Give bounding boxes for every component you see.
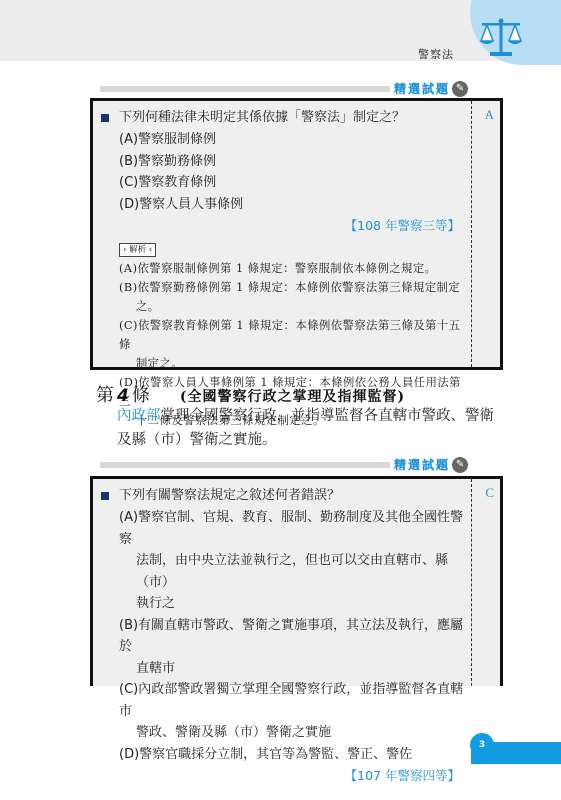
article-body: 內政部掌理全國警察行政，並指導監督各直轄市警政、警衛及縣（市）警衛之實施。 (117, 404, 507, 452)
section-tag-label: 精選試題 (394, 456, 450, 473)
option-b: (B)警察勤務條例 (99, 151, 464, 173)
tag-divider (100, 462, 390, 468)
answer-divider (471, 479, 472, 686)
question-text: 下列何種法律未明定其係依據「警察法」制定之？ (119, 107, 405, 129)
article-text: 掌理全國警察行政，並指導監督各直轄市警政、警衛及縣（市）警衛之實施。 (117, 408, 494, 448)
question-box-2: C 下列有關警察法規定之敘述何者錯誤？ (A)警察官制、官規、教育、服制、勤務制… (90, 476, 503, 686)
page-number: 3 (470, 733, 494, 757)
option-d: (D)警察人員人事條例 (99, 194, 464, 216)
option-b: (B)有關直轄市警政、警衛之實施事項，其立法及執行，應屬於 直轄市 (99, 615, 464, 680)
exam-source: 【108 年警察三等】 (99, 215, 464, 237)
option-c: (C)內政部警政署獨立掌理全國警察行政，並指導監督各直轄市 警政、警衛及縣（市）… (99, 679, 464, 744)
square-bullet-icon (101, 114, 109, 122)
section-tag-featured-questions-2: 精選試題 ✎ (100, 456, 468, 473)
question-box-1: A 下列何種法律未明定其係依據「警察法」制定之？ (A)警察服制條例 (B)警察… (90, 98, 503, 370)
question-text: 下列有關警察法規定之敘述何者錯誤？ (119, 485, 340, 507)
article-title: (全國警察行政之掌理及指揮監督) (180, 386, 405, 406)
pencil-icon: ✎ (452, 81, 468, 97)
section-tag-label: 精選試題 (394, 80, 450, 97)
option-c: (C)警察教育條例 (99, 172, 464, 194)
running-title: 警察法 (418, 46, 454, 62)
pencil-icon: ✎ (452, 457, 468, 473)
article-prefix: 第 (96, 381, 114, 407)
analysis-a: (A)依警察服制條例第 1 條規定：警察服制依本條例之規定。 (99, 259, 464, 278)
scale-of-justice-icon (478, 14, 524, 60)
section-tag-featured-questions: 精選試題 ✎ (100, 80, 468, 97)
article-highlight: 內政部 (117, 408, 161, 424)
answer-divider (471, 101, 472, 367)
answer-label: C (485, 485, 494, 501)
option-d: (D)警察官職採分立制，其官等為警監、警正、警佐 (99, 744, 464, 766)
tag-divider (100, 86, 390, 92)
article-number: 4 (117, 386, 129, 406)
answer-label: A (485, 107, 494, 123)
analysis-b: (B)依警察勤務條例第 1 條規定：本條例依警察法第三條規定制定 之。 (99, 278, 464, 316)
question-stem: 下列何種法律未明定其係依據「警察法」制定之？ (99, 107, 464, 129)
option-a: (A)警察官制、官規、教育、服制、勤務制度及其他全國性警察 法制，由中央立法並執… (99, 507, 464, 615)
analysis-c: (C)依警察教育條例第 1 條規定：本條例依警察法第三條及第十五條 制定之。 (99, 316, 464, 373)
option-a: (A)警察服制條例 (99, 129, 464, 151)
exam-source: 【107 年警察四等】 (99, 765, 464, 787)
question-stem: 下列有關警察法規定之敘述何者錯誤？ (99, 485, 464, 507)
square-bullet-icon (101, 492, 109, 500)
analysis-label: › 解析 ‹ (119, 243, 156, 257)
